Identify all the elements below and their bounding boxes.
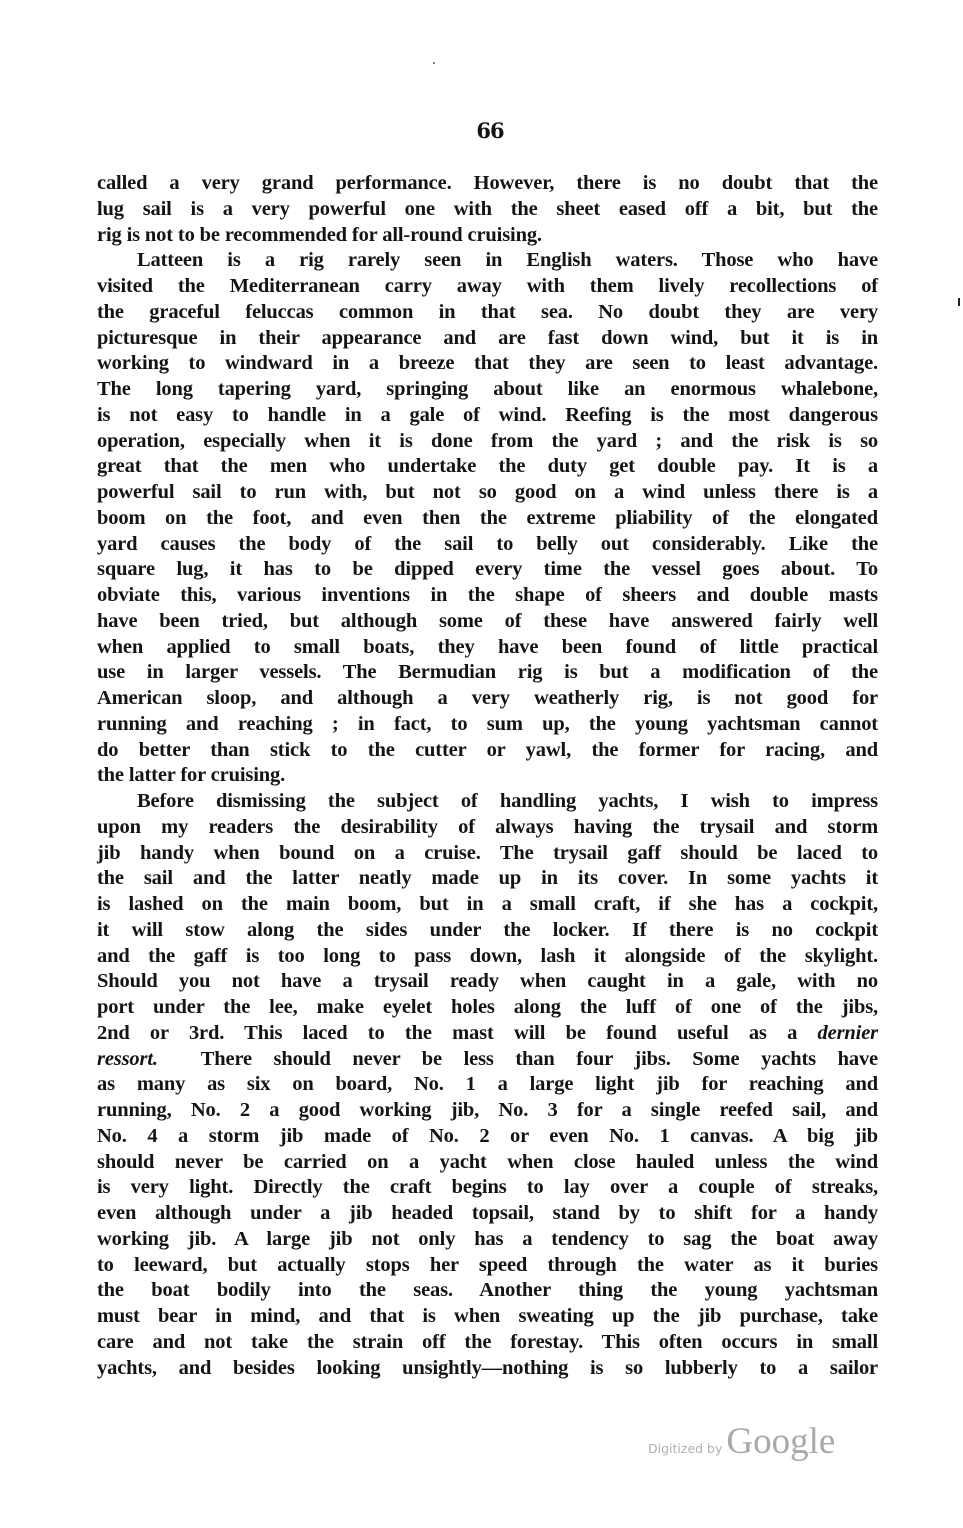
text-line: Before dismissing the subject of handlin…: [97, 789, 878, 815]
text-line: ressort. There should never be less than…: [97, 1047, 878, 1073]
text-line: running and reaching ; in fact, to sum u…: [97, 712, 878, 738]
text-line: is very light. Directly the craft begins…: [97, 1175, 878, 1201]
text-line: square lug, it has to be dipped every ti…: [97, 557, 878, 583]
text-line: jib handy when bound on a cruise. The tr…: [97, 841, 878, 867]
text-line: port under the lee, make eyelet holes al…: [97, 995, 878, 1021]
text-line: is not easy to handle in a gale of wind.…: [97, 403, 878, 429]
text-line: yachts, and besides looking unsightly—no…: [97, 1356, 878, 1382]
google-logo: Google: [726, 1420, 835, 1463]
text-line: American sloop, and although a very weat…: [97, 686, 878, 712]
text-line: must bear in mind, and that is when swea…: [97, 1304, 878, 1330]
text-segment: 2nd or 3rd. This laced to the mast will …: [97, 1022, 797, 1044]
text-line: working to windward in a breeze that the…: [97, 351, 878, 377]
text-line: operation, especially when it is done fr…: [97, 429, 878, 455]
text-line: great that the men who undertake the dut…: [97, 454, 878, 480]
body-text: called a very grand performance. However…: [97, 171, 878, 1381]
text-line: should never be carried on a yacht when …: [97, 1150, 878, 1176]
text-line: care and not take the strain off the for…: [97, 1330, 878, 1356]
text-line: and the gaff is too long to pass down, l…: [97, 944, 878, 970]
text-line: powerful sail to run with, but not so go…: [97, 480, 878, 506]
scan-speck: [433, 62, 435, 64]
text-line: the sail and the latter neatly made up i…: [97, 866, 878, 892]
text-line: the boat bodily into the seas. Another t…: [97, 1278, 878, 1304]
text-line: do better than stick to the cutter or ya…: [97, 738, 878, 764]
text-line: working jib. A large jib not only has a …: [97, 1227, 878, 1253]
text-line: lug sail is a very powerful one with the…: [97, 197, 878, 223]
text-segment: There should never be less than four jib…: [201, 1048, 878, 1070]
text-line: boom on the foot, and even then the extr…: [97, 506, 878, 532]
text-line: yard causes the body of the sail to bell…: [97, 532, 878, 558]
text-line: Latteen is a rig rarely seen in English …: [97, 248, 878, 274]
text-line: The long tapering yard, springing about …: [97, 377, 878, 403]
text-line: use in larger vessels. The Bermudian rig…: [97, 660, 878, 686]
text-line: it will stow along the sides under the l…: [97, 918, 878, 944]
text-line: upon my readers the desirability of alwa…: [97, 815, 878, 841]
scan-margin-mark: [958, 298, 960, 306]
watermark-prefix: Digitized by: [648, 1441, 722, 1456]
text-line: to leeward, but actually stops her speed…: [97, 1253, 878, 1279]
text-line: visited the Mediterranean carry away wit…: [97, 274, 878, 300]
text-line: even although under a jib headed topsail…: [97, 1201, 878, 1227]
text-line: obviate this, various inventions in the …: [97, 583, 878, 609]
page-number: 66: [0, 118, 963, 143]
text-line: the latter for cruising.: [97, 763, 878, 789]
text-line: is lashed on the main boom, but in a sma…: [97, 892, 878, 918]
text-line: rig is not to be recommended for all-rou…: [97, 223, 878, 249]
text-line: picturesque in their appearance and are …: [97, 326, 878, 352]
text-line: called a very grand performance. However…: [97, 171, 878, 197]
text-line: running, No. 2 a good working jib, No. 3…: [97, 1098, 878, 1124]
italic-phrase: dernier: [818, 1022, 878, 1044]
text-line: have been tried, but although some of th…: [97, 609, 878, 635]
text-line: when applied to small boats, they have b…: [97, 635, 878, 661]
text-line: the graceful feluccas common in that sea…: [97, 300, 878, 326]
text-line: 2nd or 3rd. This laced to the mast will …: [97, 1021, 878, 1047]
italic-phrase: ressort.: [97, 1048, 158, 1070]
digitized-by-watermark: Digitized by Google: [648, 1420, 835, 1463]
text-line: as many as six on board, No. 1 a large l…: [97, 1072, 878, 1098]
text-line: No. 4 a storm jib made of No. 2 or even …: [97, 1124, 878, 1150]
text-line: Should you not have a trysail ready when…: [97, 969, 878, 995]
